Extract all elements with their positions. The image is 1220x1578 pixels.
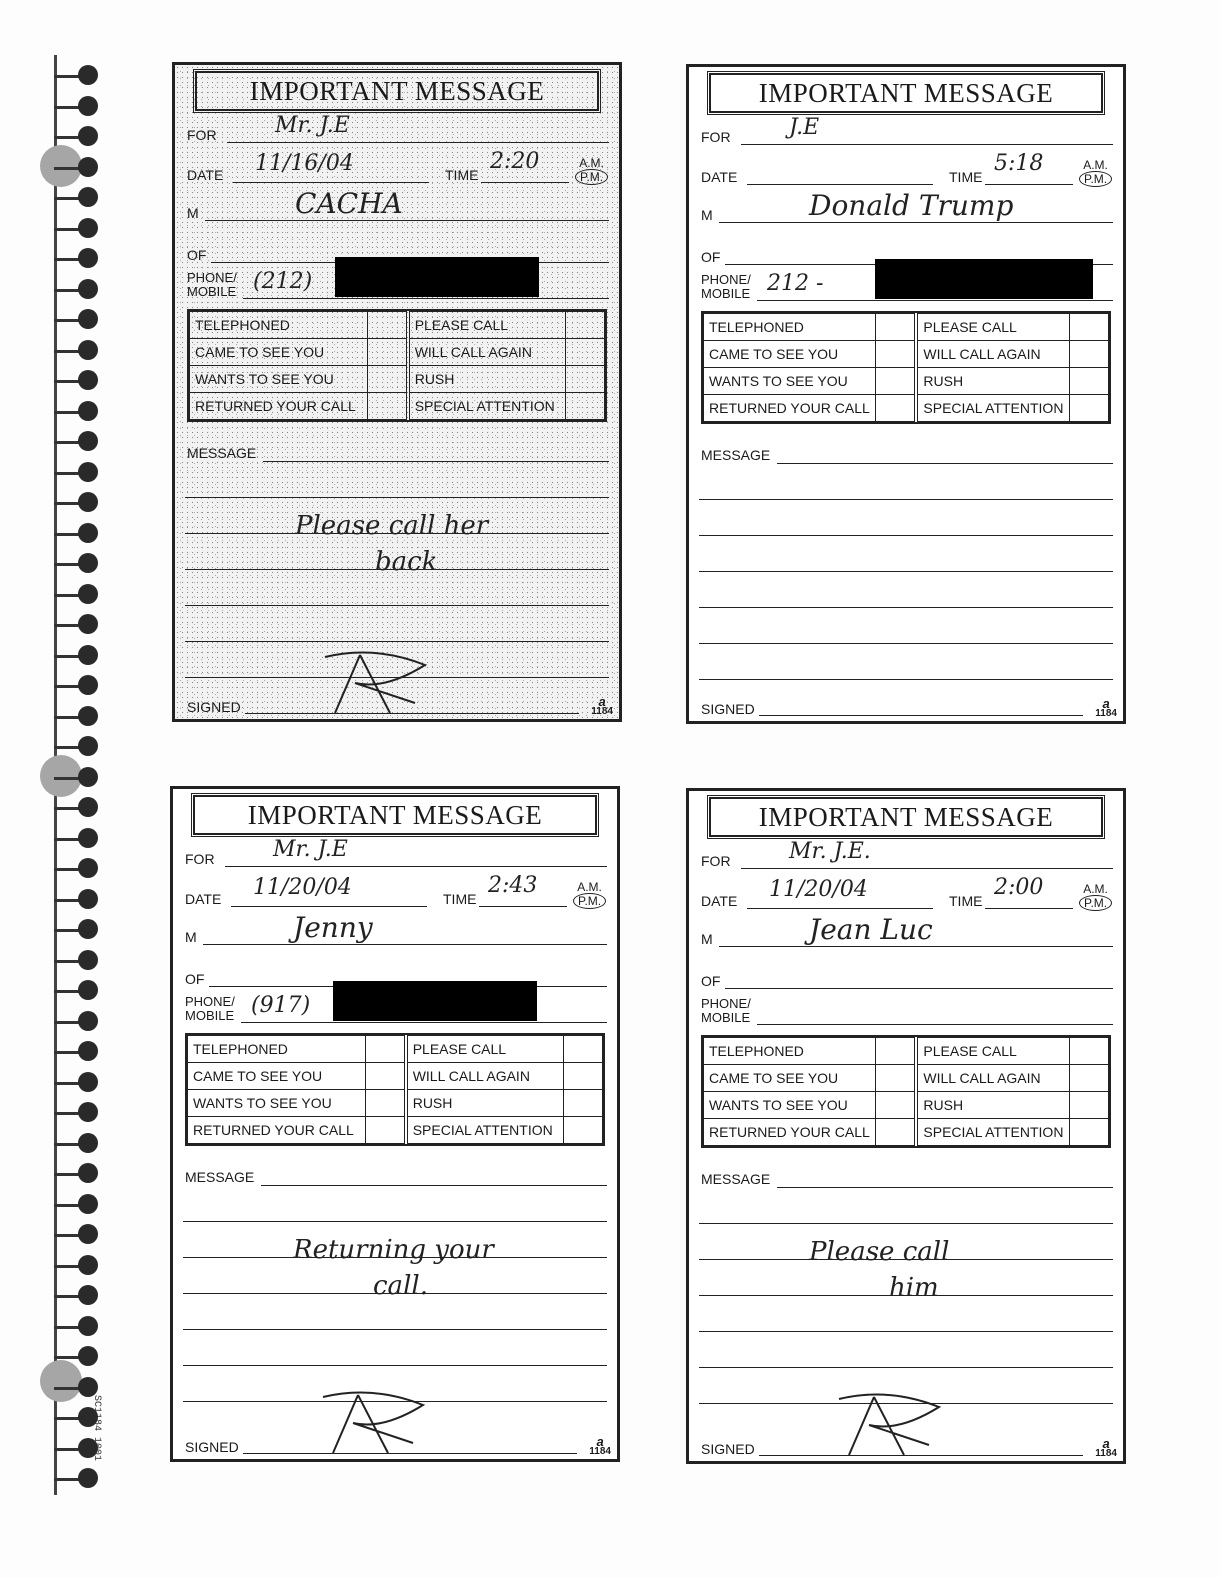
coil-wire <box>54 746 80 749</box>
checkbox-returned-your-call[interactable] <box>876 1119 917 1146</box>
handwritten-date: 11/16/04 <box>255 151 354 176</box>
coil-wire <box>54 685 80 688</box>
field-label-m: M <box>185 929 197 945</box>
message-line[interactable] <box>777 1187 1113 1188</box>
am-pm-indicator: A.M.P.M. <box>1079 159 1112 187</box>
field-label-of: OF <box>701 973 720 989</box>
handwritten-date: 11/20/04 <box>769 877 868 902</box>
am-pm-indicator: A.M.P.M. <box>1079 883 1112 911</box>
field-label-m: M <box>701 931 713 947</box>
handwritten-phone-prefix: (212) <box>253 269 312 294</box>
signed-line[interactable] <box>759 715 1083 716</box>
coil-loop <box>78 1346 98 1366</box>
coil-loop <box>78 187 98 207</box>
handwritten-caller: Donald Trump <box>809 189 1013 222</box>
message-line[interactable] <box>185 497 609 498</box>
checkbox-rush[interactable] <box>566 366 605 393</box>
spiral-coil <box>54 858 98 880</box>
field-line-m[interactable] <box>203 944 607 945</box>
am-label: A.M. <box>1079 159 1112 171</box>
coil-loop <box>78 1072 98 1092</box>
coil-wire <box>54 807 80 810</box>
spiral-coil <box>54 645 98 667</box>
coil-loop <box>78 736 98 756</box>
checkbox-label-right: SPECIAL ATTENTION <box>916 395 1069 422</box>
message-label: MESSAGE <box>701 447 770 463</box>
field-label-date: DATE <box>701 893 737 909</box>
field-label-m: M <box>187 205 199 221</box>
coil-wire <box>54 472 80 475</box>
spiral-coil <box>54 523 98 545</box>
spiral-coil <box>54 1285 98 1307</box>
coil-loop <box>78 248 98 268</box>
slip-title: IMPORTANT MESSAGE <box>709 797 1103 837</box>
checkbox-label-right: WILL CALL AGAIN <box>406 1063 564 1090</box>
coil-loop <box>78 950 98 970</box>
message-line[interactable] <box>183 1329 607 1330</box>
field-line-for[interactable] <box>741 144 1113 145</box>
coil-wire <box>54 1082 80 1085</box>
coil-wire <box>54 1448 80 1451</box>
message-line[interactable] <box>699 1367 1113 1368</box>
pm-label: P.M. <box>1079 171 1112 187</box>
pm-label: P.M. <box>575 169 608 185</box>
message-line[interactable] <box>183 1221 607 1222</box>
checkbox-label-left: CAME TO SEE YOU <box>704 341 876 368</box>
spiral-coil <box>54 1438 98 1460</box>
checkbox-returned-your-call[interactable] <box>367 393 408 420</box>
field-line-of[interactable] <box>725 988 1113 989</box>
spiral-coil <box>54 187 98 209</box>
coil-wire <box>54 1265 80 1268</box>
coil-wire <box>54 136 80 139</box>
coil-loop <box>78 645 98 665</box>
message-line[interactable] <box>263 461 609 462</box>
coil-loop <box>78 706 98 726</box>
coil-wire <box>54 1295 80 1298</box>
field-row-for: FOR <box>187 123 609 143</box>
coil-wire <box>54 990 80 993</box>
field-line-time[interactable] <box>985 908 1073 909</box>
field-row-m: M <box>185 925 607 945</box>
field-row-for: FOR <box>701 849 1113 869</box>
field-label-m: M <box>701 207 713 223</box>
field-line-date[interactable] <box>231 906 427 907</box>
field-line-m[interactable] <box>719 946 1113 947</box>
handwritten-date: 11/20/04 <box>253 875 352 900</box>
coil-wire <box>54 1143 80 1146</box>
spiral-coil <box>54 1224 98 1246</box>
mobile-label: MOBILE <box>701 1011 751 1025</box>
checkbox-telephoned[interactable] <box>876 314 917 341</box>
field-label-of: OF <box>185 971 204 987</box>
field-label-date: DATE <box>187 167 223 183</box>
checkbox-label-right: SPECIAL ATTENTION <box>406 1117 564 1144</box>
signature-initials <box>829 1387 959 1457</box>
message-line[interactable] <box>699 643 1113 644</box>
phone-label: PHONE/ <box>701 997 751 1011</box>
coil-wire <box>54 106 80 109</box>
coil-wire <box>54 1356 80 1359</box>
field-line-time[interactable] <box>985 184 1073 185</box>
coil-loop <box>78 889 98 909</box>
coil-loop <box>78 309 98 329</box>
checkbox-rush[interactable] <box>564 1090 603 1117</box>
am-pm-indicator: A.M.P.M. <box>575 157 608 185</box>
coil-loop <box>78 96 98 116</box>
form-brand-logo: a1184 <box>1095 699 1117 719</box>
field-line-date[interactable] <box>233 182 429 183</box>
field-line-date[interactable] <box>747 908 933 909</box>
message-slip-bottom-left: IMPORTANT MESSAGEFORDATEMOFTIMEA.M.P.M.P… <box>170 786 620 1462</box>
spiral-coil <box>54 1041 98 1063</box>
coil-wire <box>54 75 80 78</box>
message-slip-top-right: IMPORTANT MESSAGEFORDATEMOFTIMEA.M.P.M.P… <box>686 64 1126 724</box>
coil-wire <box>54 1417 80 1420</box>
checkbox-label-left: RETURNED YOUR CALL <box>704 1119 876 1146</box>
handwritten-for: Mr. J.E. <box>789 839 871 864</box>
phone-label: PHONE/ <box>701 273 751 287</box>
checkbox-rush[interactable] <box>1070 1092 1109 1119</box>
coil-loop <box>78 157 98 177</box>
coil-loop <box>78 370 98 390</box>
checkbox-returned-your-call[interactable] <box>365 1117 406 1144</box>
coil-loop <box>78 858 98 878</box>
checkbox-wants-to-see-you[interactable] <box>876 1092 917 1119</box>
am-pm-indicator: A.M.P.M. <box>573 881 606 909</box>
checkbox-telephoned[interactable] <box>365 1036 406 1063</box>
field-label-phone: PHONE/MOBILE <box>701 273 751 301</box>
spiral-coil <box>54 1072 98 1094</box>
coil-loop <box>78 1041 98 1061</box>
checkbox-will-call-again[interactable] <box>1070 1065 1109 1092</box>
field-line-for[interactable] <box>227 142 609 143</box>
field-label-time: TIME <box>949 893 982 909</box>
coil-loop <box>78 919 98 939</box>
spiral-coil <box>54 401 98 423</box>
spiral-coil <box>54 675 98 697</box>
spiral-coil <box>54 1346 98 1368</box>
message-line[interactable] <box>777 463 1113 464</box>
checkbox-will-call-again[interactable] <box>566 339 605 366</box>
handwritten-for: Mr. J.E <box>275 113 350 138</box>
signed-label: SIGNED <box>185 1439 239 1455</box>
coil-wire <box>54 319 80 322</box>
field-line-for[interactable] <box>741 868 1113 869</box>
field-label-phone: PHONE/MOBILE <box>701 997 751 1025</box>
checkbox-label-left: RETURNED YOUR CALL <box>704 395 876 422</box>
message-label: MESSAGE <box>187 445 256 461</box>
handwritten-message-line: call. <box>373 1271 428 1301</box>
status-checkbox-table: TELEPHONEDPLEASE CALLCAME TO SEE YOUWILL… <box>187 309 607 422</box>
coil-wire <box>54 960 80 963</box>
coil-wire <box>54 380 80 383</box>
handwritten-caller: Jean Luc <box>809 913 933 946</box>
field-label-phone: PHONE/MOBILE <box>185 995 235 1023</box>
form-number: 1184 <box>1095 709 1117 719</box>
checkbox-label-left: WANTS TO SEE YOU <box>190 366 368 393</box>
spiral-coil <box>54 553 98 575</box>
field-label-time: TIME <box>949 169 982 185</box>
field-label-of: OF <box>187 247 206 263</box>
message-line[interactable] <box>699 679 1113 680</box>
form-brand-logo: a1184 <box>1095 1439 1117 1459</box>
coil-loop <box>78 218 98 238</box>
redaction-bar <box>875 259 1093 299</box>
slip-title: IMPORTANT MESSAGE <box>709 73 1103 113</box>
message-label: MESSAGE <box>185 1169 254 1185</box>
coil-wire <box>54 502 80 505</box>
checkbox-will-call-again[interactable] <box>564 1063 603 1090</box>
coil-loop <box>78 340 98 360</box>
checkbox-will-call-again[interactable] <box>1070 341 1109 368</box>
spiral-coil <box>54 1468 98 1490</box>
form-number: 1184 <box>591 707 613 717</box>
spiral-coil <box>54 980 98 1002</box>
checkbox-special-attention[interactable] <box>1070 395 1109 422</box>
checkbox-label-right: RUSH <box>406 1090 564 1117</box>
checkbox-label-right: PLEASE CALL <box>916 314 1069 341</box>
coil-wire <box>54 228 80 231</box>
spiral-coil <box>54 431 98 453</box>
coil-wire <box>54 838 80 841</box>
field-row-for: FOR <box>185 847 607 867</box>
slip-title: IMPORTANT MESSAGE <box>195 71 599 111</box>
message-line[interactable] <box>185 641 609 642</box>
coil-wire <box>54 1478 80 1481</box>
coil-wire <box>54 411 80 414</box>
message-line[interactable] <box>185 605 609 606</box>
coil-loop <box>78 1255 98 1275</box>
coil-loop <box>78 1285 98 1305</box>
handwritten-message-line: Please call <box>809 1237 949 1267</box>
field-line-phone[interactable] <box>757 1024 1113 1025</box>
spiral-coil <box>54 736 98 758</box>
checkbox-please-call[interactable] <box>566 312 605 339</box>
field-label-of: OF <box>701 249 720 265</box>
message-line[interactable] <box>699 535 1113 536</box>
handwritten-phone-prefix: 212 - <box>767 271 823 296</box>
checkbox-label-left: TELEPHONED <box>704 1038 876 1065</box>
coil-wire <box>54 350 80 353</box>
field-line-m[interactable] <box>205 220 609 221</box>
spiral-coil <box>54 126 98 148</box>
coil-wire <box>54 868 80 871</box>
message-line[interactable] <box>261 1185 607 1186</box>
checkbox-returned-your-call[interactable] <box>876 395 917 422</box>
field-label-time: TIME <box>443 891 476 907</box>
field-label-time: TIME <box>445 167 478 183</box>
coil-wire <box>54 594 80 597</box>
message-line[interactable] <box>699 499 1113 500</box>
slip-title: IMPORTANT MESSAGE <box>193 795 597 835</box>
coil-loop <box>78 1163 98 1183</box>
coil-wire <box>54 167 80 170</box>
message-line[interactable] <box>699 571 1113 572</box>
coil-wire <box>54 197 80 200</box>
spiral-coil <box>54 1255 98 1277</box>
field-line-date[interactable] <box>747 184 933 185</box>
handwritten-message-line: Returning your <box>293 1235 494 1265</box>
message-line[interactable] <box>699 1331 1113 1332</box>
checkbox-label-left: WANTS TO SEE YOU <box>704 1092 876 1119</box>
checkbox-special-attention[interactable] <box>566 393 605 420</box>
coil-wire <box>54 1112 80 1115</box>
checkbox-wants-to-see-you[interactable] <box>367 366 408 393</box>
field-line-phone[interactable] <box>757 300 1113 301</box>
mobile-label: MOBILE <box>185 1009 235 1023</box>
spiral-coil <box>54 1377 98 1399</box>
coil-wire <box>54 624 80 627</box>
coil-wire <box>54 1326 80 1329</box>
spiral-coil <box>54 157 98 179</box>
checkbox-label-left: WANTS TO SEE YOU <box>188 1090 366 1117</box>
coil-wire <box>54 899 80 902</box>
checkbox-label-right: RUSH <box>916 368 1069 395</box>
coil-loop <box>78 1194 98 1214</box>
spiral-coil <box>54 828 98 850</box>
checkbox-please-call[interactable] <box>1070 1038 1109 1065</box>
spiral-coil <box>54 1316 98 1338</box>
field-line-for[interactable] <box>225 866 607 867</box>
phone-label: PHONE/ <box>187 271 237 285</box>
message-slip-bottom-right: IMPORTANT MESSAGEFORDATEMOFTIMEA.M.P.M.P… <box>686 788 1126 1464</box>
spiral-coil <box>54 614 98 636</box>
checkbox-telephoned[interactable] <box>876 1038 917 1065</box>
checkbox-came-to-see-you[interactable] <box>876 341 917 368</box>
spiral-coil <box>54 279 98 301</box>
checkbox-label-right: WILL CALL AGAIN <box>408 339 566 366</box>
coil-wire <box>54 777 80 780</box>
form-number: 1184 <box>1095 1449 1117 1459</box>
coil-loop <box>78 1224 98 1244</box>
field-label-for: FOR <box>701 853 731 869</box>
handwritten-message-line: Please call her <box>295 511 488 541</box>
message-line[interactable] <box>699 607 1113 608</box>
checkbox-came-to-see-you[interactable] <box>876 1065 917 1092</box>
coil-wire <box>54 441 80 444</box>
handwritten-phone-prefix: (917) <box>251 993 310 1018</box>
signature-initials <box>313 1385 443 1455</box>
message-line[interactable] <box>699 1223 1113 1224</box>
handwritten-time: 2:43 <box>488 873 537 898</box>
checkbox-label-right: SPECIAL ATTENTION <box>408 393 566 420</box>
coil-loop <box>78 553 98 573</box>
checkbox-special-attention[interactable] <box>1070 1119 1109 1146</box>
message-line[interactable] <box>183 1365 607 1366</box>
coil-loop <box>78 1316 98 1336</box>
coil-loop <box>78 65 98 85</box>
field-line-phone[interactable] <box>243 298 609 299</box>
checkbox-wants-to-see-you[interactable] <box>365 1090 406 1117</box>
coil-wire <box>54 1051 80 1054</box>
coil-wire <box>54 929 80 932</box>
coil-loop <box>78 492 98 512</box>
field-line-time[interactable] <box>479 906 567 907</box>
spiral-coil <box>54 1163 98 1185</box>
spiral-coil <box>54 248 98 270</box>
coil-wire <box>54 289 80 292</box>
checkbox-came-to-see-you[interactable] <box>367 339 408 366</box>
coil-wire <box>54 1021 80 1024</box>
field-label-for: FOR <box>185 851 215 867</box>
spiral-coil <box>54 340 98 362</box>
coil-loop <box>78 1407 98 1427</box>
field-row-for: FOR <box>701 125 1113 145</box>
coil-loop <box>78 584 98 604</box>
spiral-coil <box>54 1011 98 1033</box>
field-label-for: FOR <box>701 129 731 145</box>
am-label: A.M. <box>1079 883 1112 895</box>
checkbox-label-left: TELEPHONED <box>704 314 876 341</box>
coil-loop <box>78 980 98 1000</box>
spiral-coil <box>54 1102 98 1124</box>
phone-label: PHONE/ <box>185 995 235 1009</box>
checkbox-wants-to-see-you[interactable] <box>876 368 917 395</box>
spiral-coil <box>54 1194 98 1216</box>
spiral-coil <box>54 950 98 972</box>
checkbox-label-right: PLEASE CALL <box>406 1036 564 1063</box>
coil-loop <box>78 1133 98 1153</box>
coil-wire <box>54 563 80 566</box>
field-line-m[interactable] <box>719 222 1113 223</box>
pm-label: P.M. <box>573 893 606 909</box>
checkbox-telephoned[interactable] <box>367 312 408 339</box>
spiral-coil <box>54 584 98 606</box>
redaction-bar <box>333 981 537 1021</box>
spiral-coil <box>54 492 98 514</box>
spiral-binding: SC1184 1001 <box>40 55 130 1495</box>
checkbox-came-to-see-you[interactable] <box>365 1063 406 1090</box>
form-brand-logo: a1184 <box>589 1437 611 1457</box>
field-line-phone[interactable] <box>241 1022 607 1023</box>
coil-loop <box>78 675 98 695</box>
handwritten-caller: Jenny <box>293 911 373 944</box>
checkbox-special-attention[interactable] <box>564 1117 603 1144</box>
coil-loop <box>78 279 98 299</box>
redaction-bar <box>335 257 539 297</box>
handwritten-time: 2:00 <box>994 875 1043 900</box>
am-label: A.M. <box>575 157 608 169</box>
handwritten-time: 2:20 <box>490 149 539 174</box>
coil-loop <box>78 1377 98 1397</box>
coil-wire <box>54 1234 80 1237</box>
coil-loop <box>78 431 98 451</box>
field-label-date: DATE <box>701 169 737 185</box>
coil-loop <box>78 828 98 848</box>
message-label: MESSAGE <box>701 1171 770 1187</box>
coil-wire <box>54 655 80 658</box>
checkbox-label-right: RUSH <box>408 366 566 393</box>
coil-loop <box>78 462 98 482</box>
checkbox-label-left: CAME TO SEE YOU <box>190 339 368 366</box>
coil-loop <box>78 126 98 146</box>
checkbox-label-right: SPECIAL ATTENTION <box>916 1119 1069 1146</box>
field-label-for: FOR <box>187 127 217 143</box>
handwritten-for: J.E <box>789 115 819 140</box>
checkbox-label-right: PLEASE CALL <box>408 312 566 339</box>
coil-wire <box>54 1204 80 1207</box>
coil-loop <box>78 401 98 421</box>
pm-label: P.M. <box>1079 895 1112 911</box>
checkbox-please-call[interactable] <box>1070 314 1109 341</box>
field-line-time[interactable] <box>481 182 569 183</box>
coil-loop <box>78 1011 98 1031</box>
checkbox-please-call[interactable] <box>564 1036 603 1063</box>
checkbox-rush[interactable] <box>1070 368 1109 395</box>
spiral-coil <box>54 65 98 87</box>
field-label-phone: PHONE/MOBILE <box>187 271 237 299</box>
